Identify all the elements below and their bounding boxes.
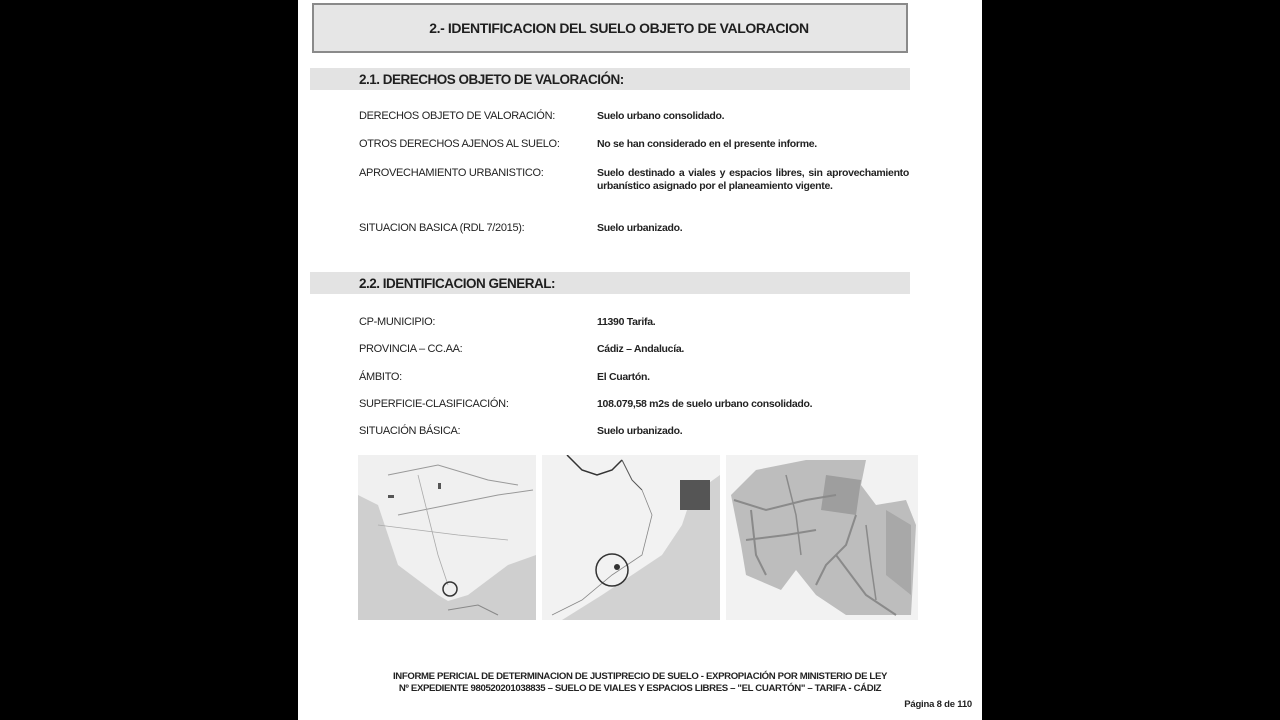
field-label: PROVINCIA – CC.AA: xyxy=(359,343,597,355)
section-heading-text: 2.1. DERECHOS OBJETO DE VALORACIÓN: xyxy=(359,72,624,87)
field-value: 108.079,58 m2s de suelo urbano consolida… xyxy=(597,398,909,411)
section-heading-2-2: 2.2. IDENTIFICACION GENERAL: xyxy=(310,272,910,294)
field-value: 11390 Tarifa. xyxy=(597,316,909,329)
coastal-map-image xyxy=(542,455,720,620)
section-heading-2-1: 2.1. DERECHOS OBJETO DE VALORACIÓN: xyxy=(310,68,910,90)
page-number: Página 8 de 110 xyxy=(904,699,972,710)
field-label: CP-MUNICIPIO: xyxy=(359,316,597,328)
field-label: SITUACIÓN BÁSICA: xyxy=(359,425,597,437)
section-heading-text: 2.2. IDENTIFICACION GENERAL: xyxy=(359,276,555,291)
urban-plan-image xyxy=(726,455,918,620)
document-page: 2.- IDENTIFICACION DEL SUELO OBJETO DE V… xyxy=(298,0,982,720)
field-label: APROVECHAMIENTO URBANISTICO: xyxy=(359,167,597,179)
field-value: Suelo urbano consolidado. xyxy=(597,110,909,123)
regional-map-image xyxy=(358,455,536,620)
field-value: Cádiz – Andalucía. xyxy=(597,343,909,356)
field-value: El Cuartón. xyxy=(597,371,909,384)
field-value: Suelo urbanizado. xyxy=(597,222,909,235)
main-title-box: 2.- IDENTIFICACION DEL SUELO OBJETO DE V… xyxy=(312,3,908,53)
footer-line-2: Nº EXPEDIENTE 980520201038835 – SUELO DE… xyxy=(298,683,982,694)
field-label: DERECHOS OBJETO DE VALORACIÓN: xyxy=(359,110,597,122)
main-title: 2.- IDENTIFICACION DEL SUELO OBJETO DE V… xyxy=(411,20,808,36)
field-label: ÁMBITO: xyxy=(359,371,597,383)
field-label: SITUACION BASICA (RDL 7/2015): xyxy=(359,222,597,234)
field-label: SUPERFICIE-CLASIFICACIÓN: xyxy=(359,398,597,410)
field-value: Suelo destinado a viales y espacios libr… xyxy=(597,167,909,193)
location-maps xyxy=(358,455,918,620)
field-value: No se han considerado en el presente inf… xyxy=(597,138,909,151)
footer-line-1: INFORME PERICIAL DE DETERMINACION DE JUS… xyxy=(298,671,982,682)
field-label: OTROS DERECHOS AJENOS AL SUELO: xyxy=(359,138,597,150)
field-value: Suelo urbanizado. xyxy=(597,425,909,438)
